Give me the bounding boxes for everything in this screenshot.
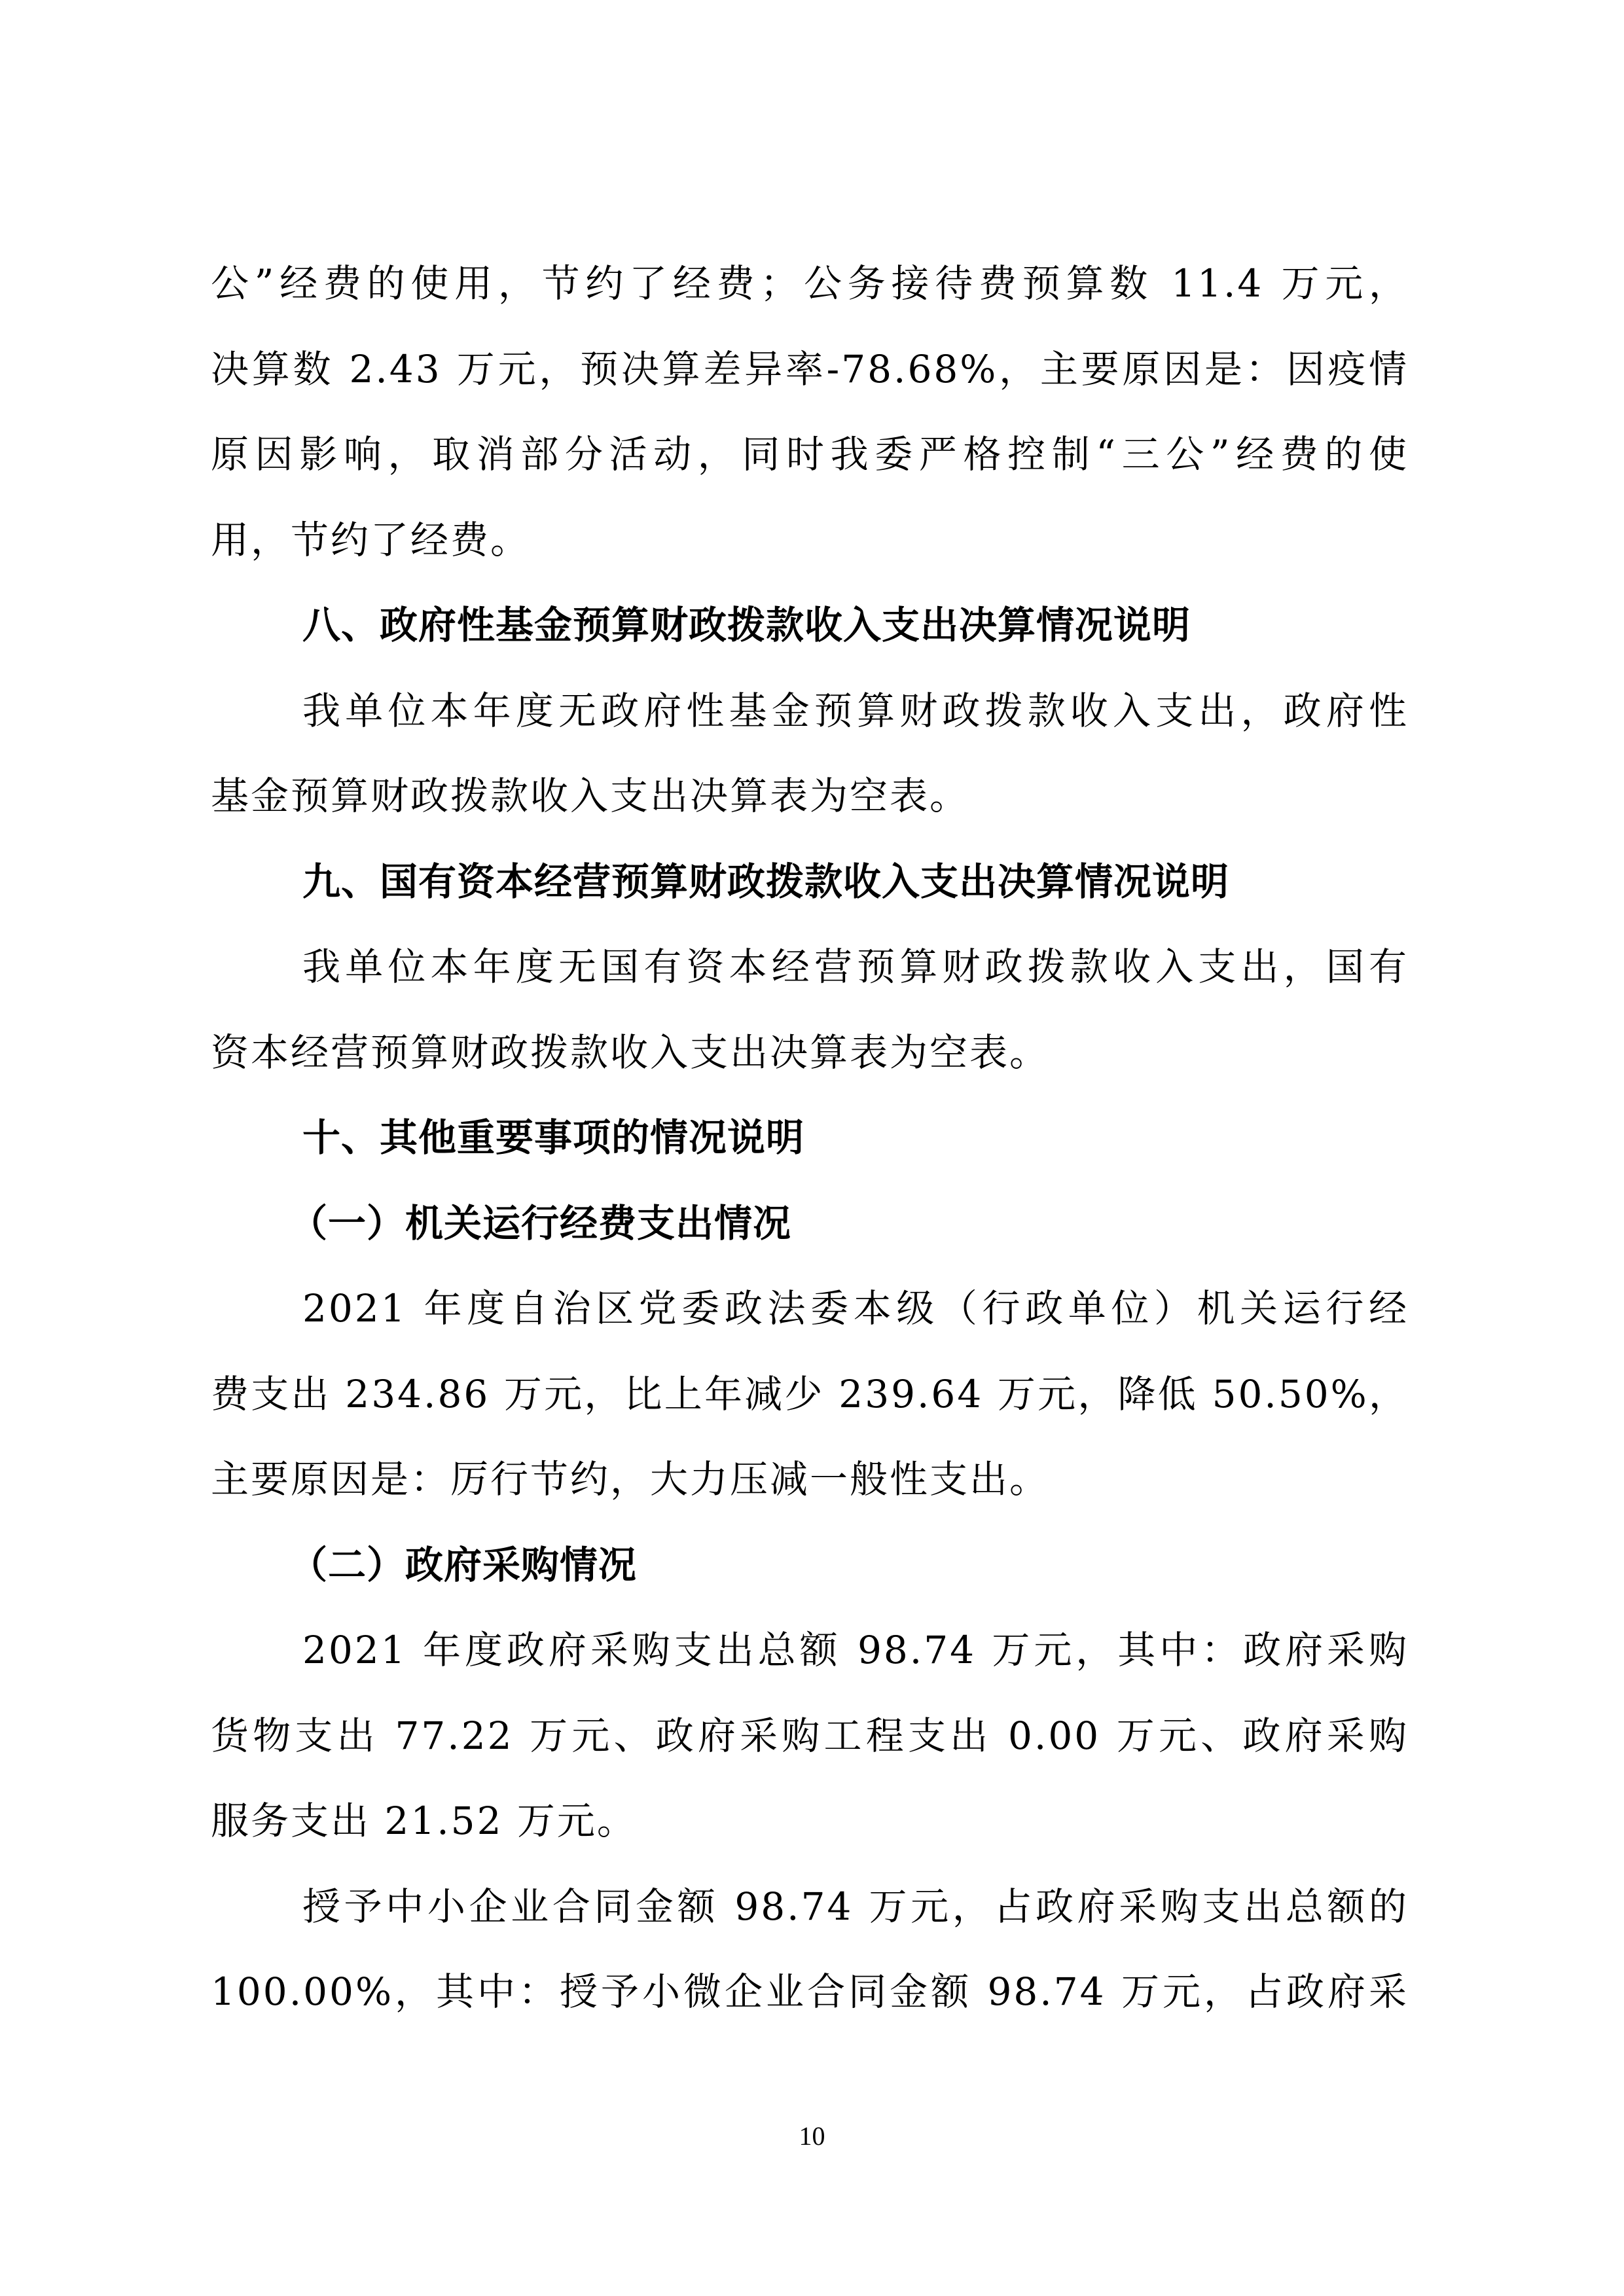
section-heading-9: 九、国有资本经营预算财政拨款收入支出决算情况说明 xyxy=(211,839,1409,925)
paragraph-line: 决算数 2.43 万元，预决算差异率-78.68%，主要原因是：因疫情 xyxy=(211,327,1409,412)
paragraph-line: 服务支出 21.52 万元。 xyxy=(211,1778,1409,1864)
paragraph-line: 我单位本年度无国有资本经营预算财政拨款收入支出，国有 xyxy=(211,924,1409,1010)
paragraph-line: 2021 年度政府采购支出总额 98.74 万元，其中：政府采购 xyxy=(211,1607,1409,1693)
paragraph-line: 我单位本年度无政府性基金预算财政拨款收入支出，政府性 xyxy=(211,668,1409,754)
page-number: 10 xyxy=(0,2121,1624,2151)
paragraph-line: 100.00%，其中：授予小微企业合同金额 98.74 万元，占政府采 xyxy=(211,1949,1409,2035)
paragraph-line: 原因影响，取消部分活动，同时我委严格控制“三公”经费的使 xyxy=(211,412,1409,497)
section-heading-10: 十、其他重要事项的情况说明 xyxy=(211,1095,1409,1181)
paragraph-line: 货物支出 77.22 万元、政府采购工程支出 0.00 万元、政府采购 xyxy=(211,1693,1409,1779)
paragraph-line: 用，节约了经费。 xyxy=(211,497,1409,583)
paragraph-line: 授予中小企业合同金额 98.74 万元，占政府采购支出总额的 xyxy=(211,1864,1409,1950)
paragraph-line: 费支出 234.86 万元，比上年减少 239.64 万元，降低 50.50%， xyxy=(211,1352,1409,1437)
paragraph-line: 2021 年度自治区党委政法委本级（行政单位）机关运行经 xyxy=(211,1266,1409,1352)
paragraph-line: 公”经费的使用，节约了经费；公务接待费预算数 11.4 万元， xyxy=(211,241,1409,327)
subsection-heading-1: （一）机关运行经费支出情况 xyxy=(211,1181,1409,1266)
paragraph-line: 资本经营预算财政拨款收入支出决算表为空表。 xyxy=(211,1010,1409,1096)
paragraph-line: 主要原因是：厉行节约，大力压减一般性支出。 xyxy=(211,1437,1409,1522)
document-page: 公”经费的使用，节约了经费；公务接待费预算数 11.4 万元， 决算数 2.43… xyxy=(211,241,1409,2035)
section-heading-8: 八、政府性基金预算财政拨款收入支出决算情况说明 xyxy=(211,583,1409,668)
paragraph-line: 基金预算财政拨款收入支出决算表为空表。 xyxy=(211,753,1409,839)
subsection-heading-2: （二）政府采购情况 xyxy=(211,1522,1409,1608)
